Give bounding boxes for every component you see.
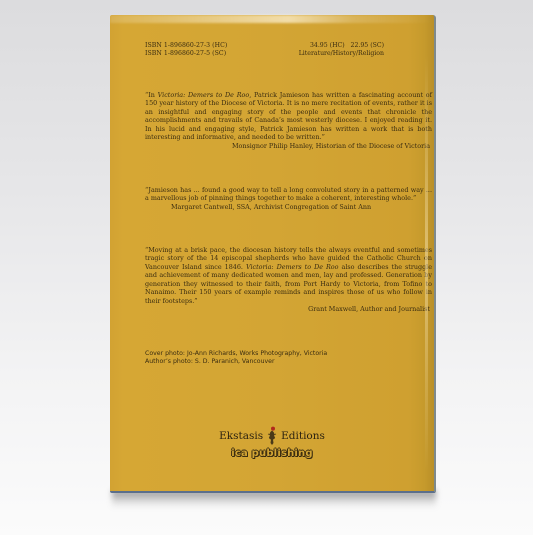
ekstasis-emblem-icon [266,426,278,446]
imprint-name: ica publishing [110,448,434,459]
book-back-cover: ISBN 1-896860-27-3 (HC) ISBN 1-896860-27… [110,15,436,493]
author-photo-credit: Author’s photo: S. D. Paranich, Vancouve… [145,358,327,366]
book-title: Victoria: Demers to De Roo [158,91,250,99]
isbn-hardcover: ISBN 1-896860-27-3 (HC) [145,42,227,50]
isbn-softcover: ISBN 1-896860-27-5 (SC) [145,50,227,58]
price-block: 34.95 (HC) 22.95 (SC) Literature/History… [299,42,384,59]
isbn-block: ISBN 1-896860-27-3 (HC) ISBN 1-896860-27… [145,42,227,59]
quote-text: , Patrick Jamieson has written a fascina… [145,91,432,141]
review-quote-hanley: “In Victoria: Demers to De Roo, Patrick … [145,91,432,150]
prices: 34.95 (HC) 22.95 (SC) [299,42,384,50]
quote-attribution: Margaret Cantwell, SSA, Archivist Congre… [145,203,432,211]
quote-attribution: Monsignor Philip Hanley, Historian of th… [145,142,432,150]
cover-photo-credit: Cover photo: Jo-Ann Richards, Works Phot… [145,350,327,358]
category: Literature/History/Religion [299,50,384,58]
quote-attribution: Grant Maxwell, Author and Journalist [145,305,432,313]
quote-text: “Jamieson has ... found a good way to te… [145,186,432,202]
publisher-name-right: Editions [281,430,325,442]
publisher-name: Ekstasis Editions [219,426,325,446]
publisher-name-left: Ekstasis [219,430,263,442]
review-quote-cantwell: “Jamieson has ... found a good way to te… [145,186,432,211]
quote-lead: “In [145,91,158,99]
photo-credits: Cover photo: Jo-Ann Richards, Works Phot… [145,350,327,367]
publisher-logo: Ekstasis Editions ica publishing [110,424,434,459]
review-quote-maxwell: “Moving at a brisk pace, the diocesan hi… [145,246,432,314]
book-title: Victoria: Demers to De Roo [246,263,339,271]
